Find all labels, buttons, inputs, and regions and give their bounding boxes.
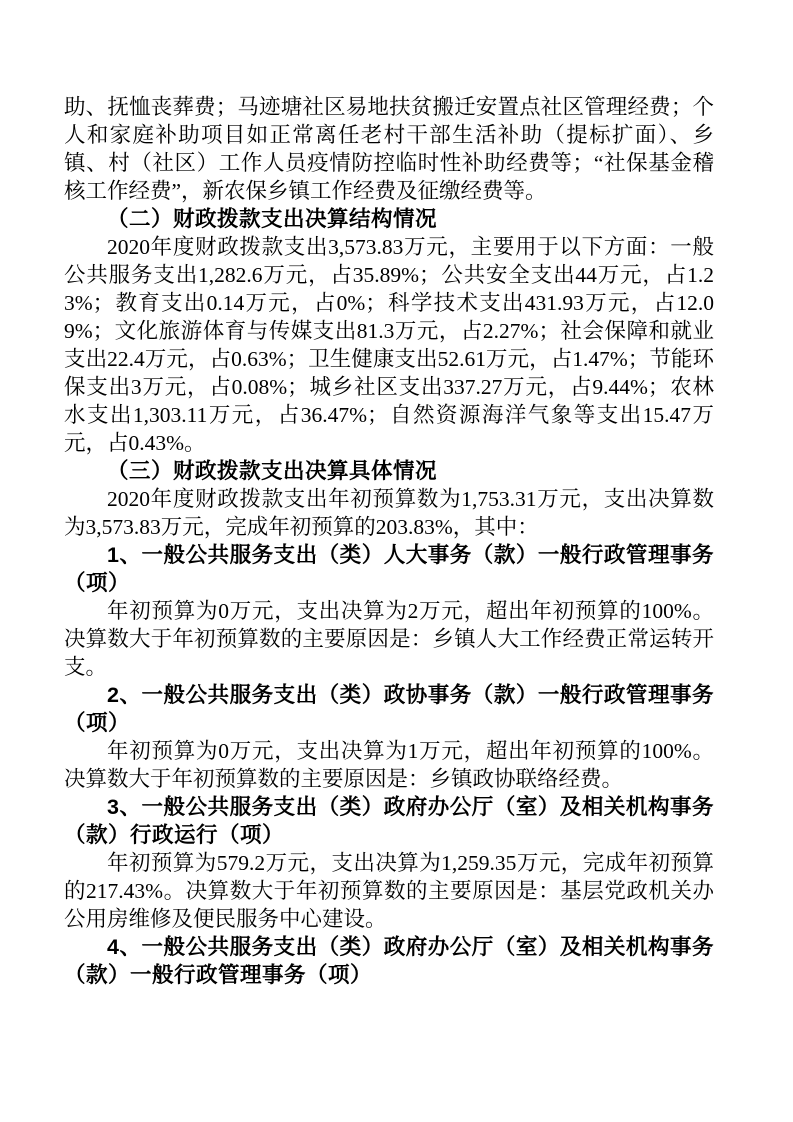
item-heading-1: 1、一般公共服务支出（类）人大事务（款）一般行政管理事务（项） bbox=[64, 541, 714, 597]
document-page: 助、抚恤丧葬费；马迹塘社区易地扶贫搬迁安置点社区管理经费；个人和家庭补助项目如正… bbox=[0, 0, 793, 1122]
section-heading-2: （二）财政拨款支出决算结构情况 bbox=[64, 205, 714, 233]
item-heading-3: 3、一般公共服务支出（类）政府办公厅（室）及相关机构事务（款）行政运行（项） bbox=[64, 793, 714, 849]
document-body: 助、抚恤丧葬费；马迹塘社区易地扶贫搬迁安置点社区管理经费；个人和家庭补助项目如正… bbox=[64, 93, 714, 989]
paragraph-item-2: 年初预算为0万元，支出决算为1万元，超出年初预算的100%。决算数大于年初预算数… bbox=[64, 737, 714, 793]
paragraph-item-3: 年初预算为579.2万元，支出决算为1,259.35万元，完成年初预算的217.… bbox=[64, 849, 714, 933]
item-heading-2: 2、一般公共服务支出（类）政协事务（款）一般行政管理事务（项） bbox=[64, 681, 714, 737]
section-heading-3: （三）财政拨款支出决算具体情况 bbox=[64, 457, 714, 485]
paragraph-detail-intro: 2020年度财政拨款支出年初预算数为1,753.31万元，支出决算数为3,573… bbox=[64, 485, 714, 541]
paragraph-continuation: 助、抚恤丧葬费；马迹塘社区易地扶贫搬迁安置点社区管理经费；个人和家庭补助项目如正… bbox=[64, 93, 714, 205]
paragraph-structure-overview: 2020年度财政拨款支出3,573.83万元，主要用于以下方面：一般公共服务支出… bbox=[64, 233, 714, 457]
item-heading-4: 4、一般公共服务支出（类）政府办公厅（室）及相关机构事务（款）一般行政管理事务（… bbox=[64, 933, 714, 989]
paragraph-item-1: 年初预算为0万元，支出决算为2万元，超出年初预算的100%。决算数大于年初预算数… bbox=[64, 597, 714, 681]
